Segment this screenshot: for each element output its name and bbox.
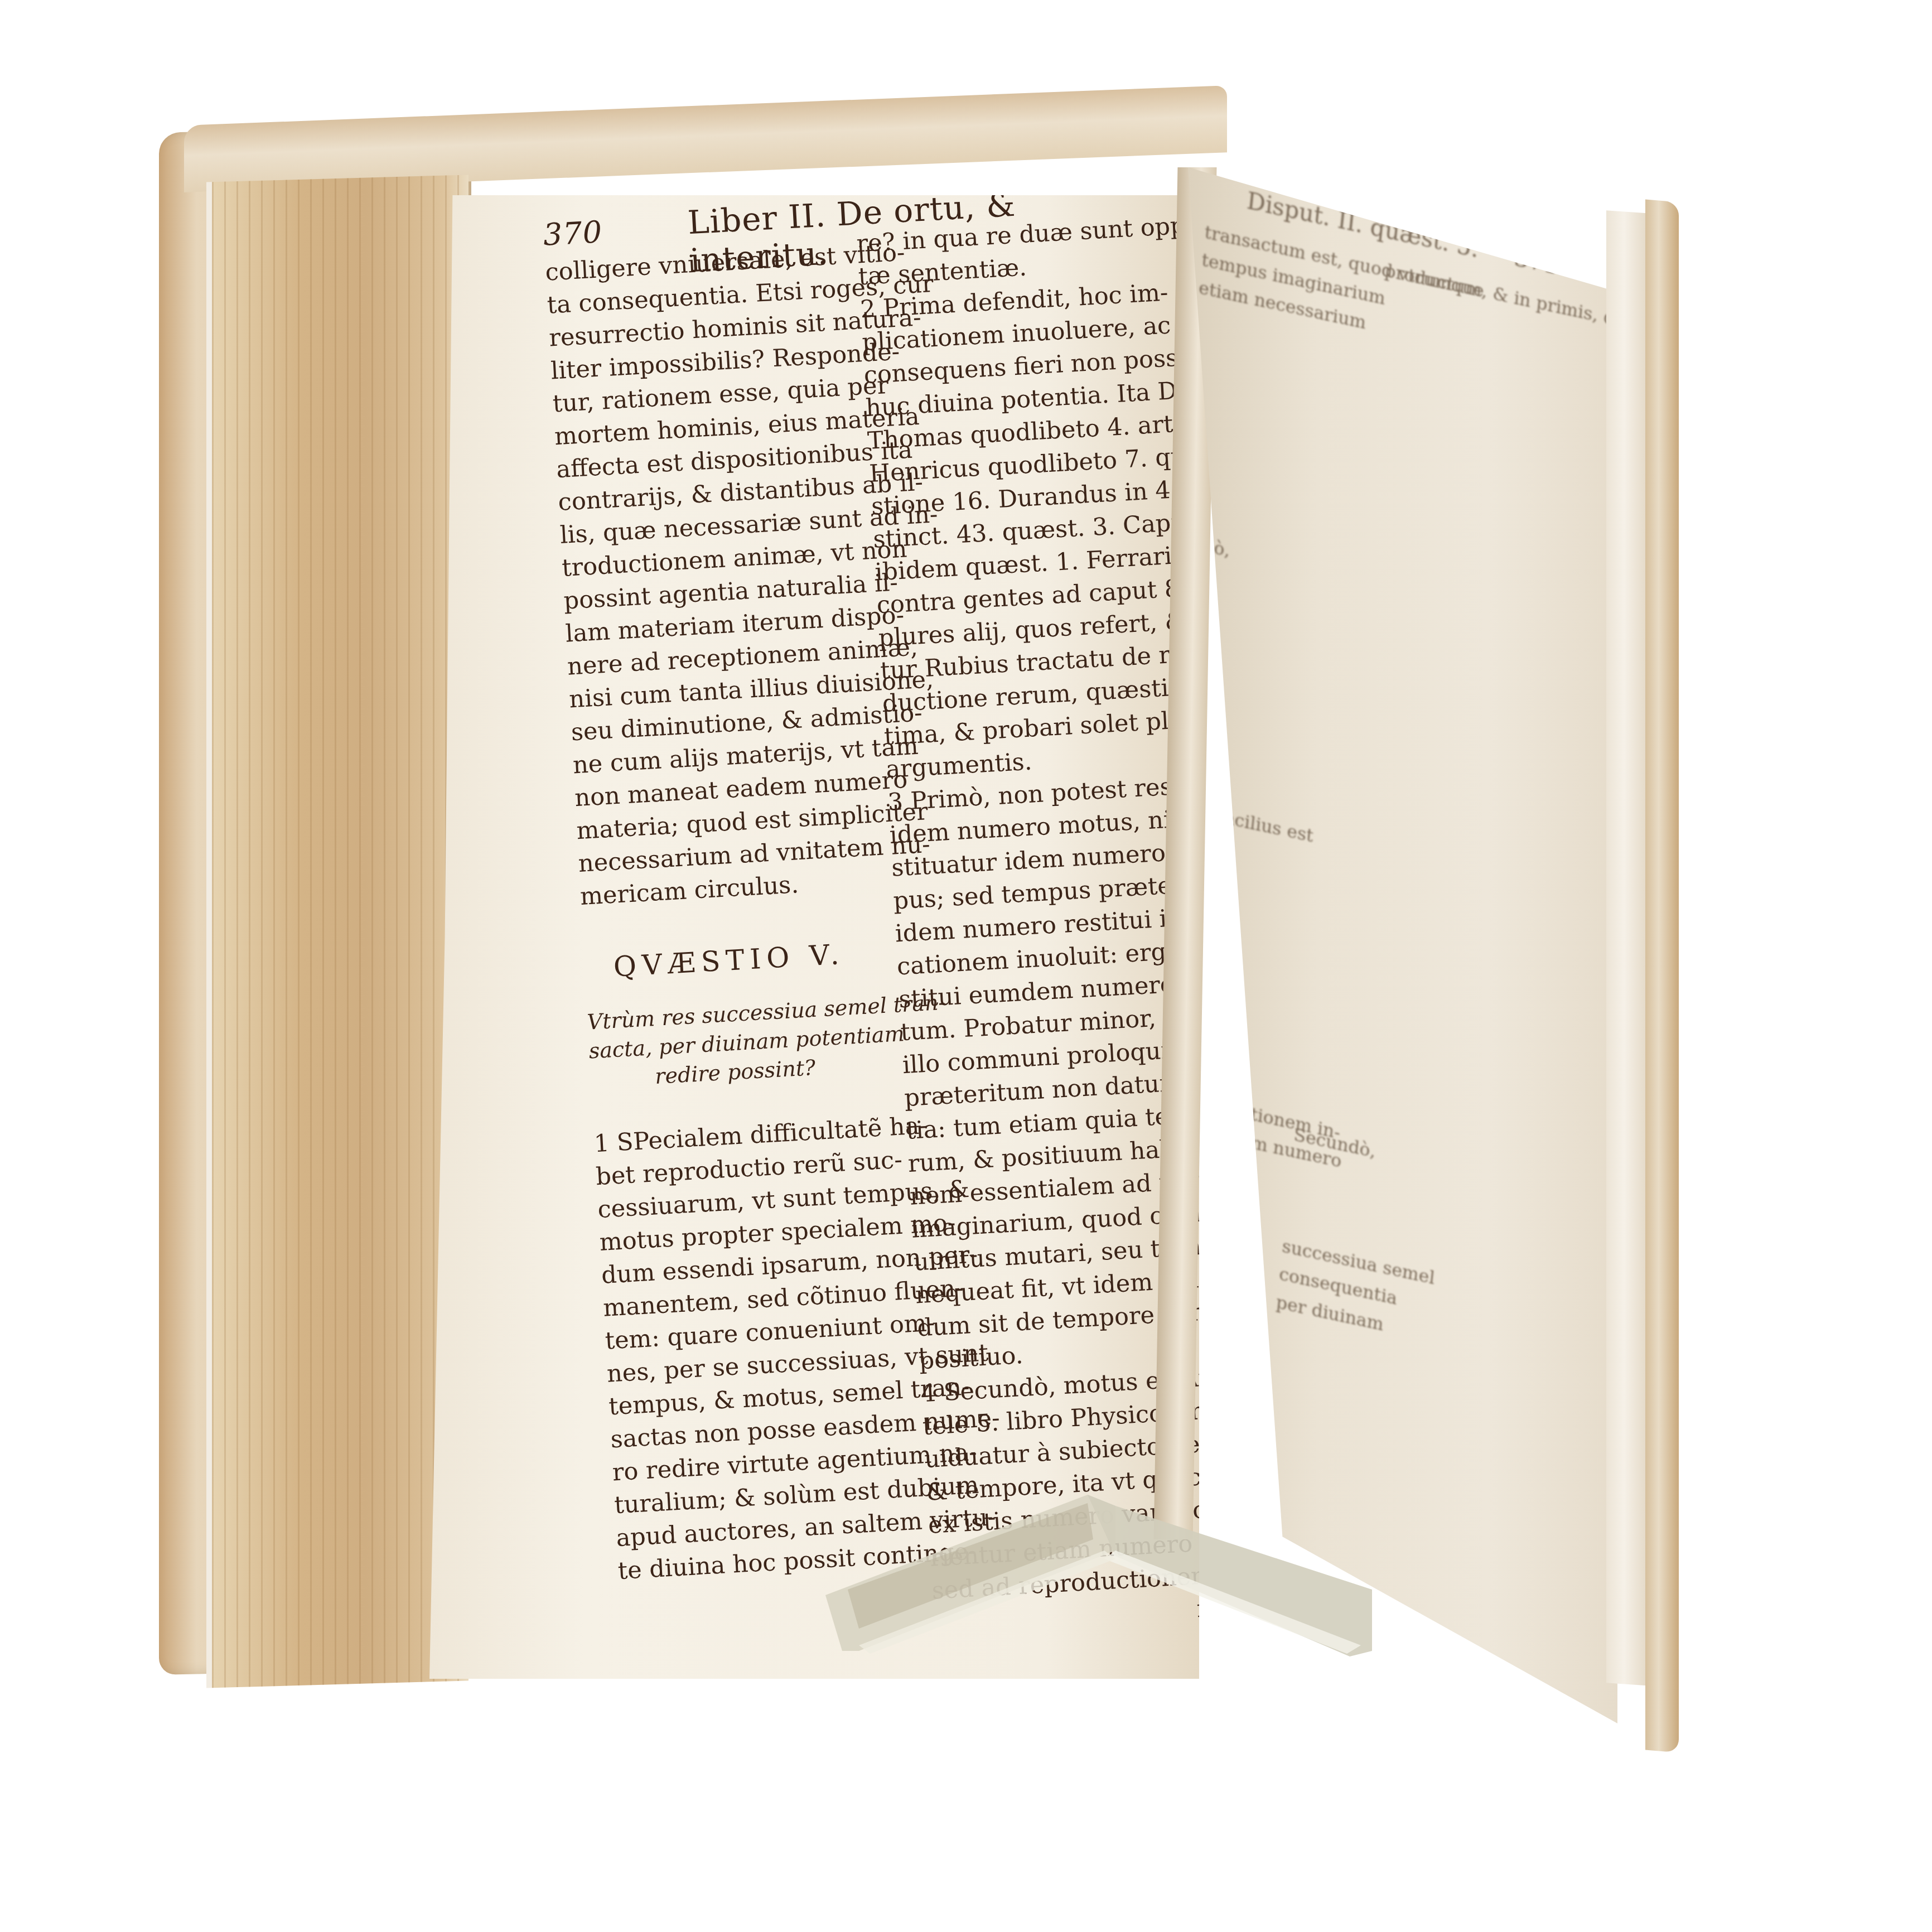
stand-shape-icon [825,1484,1484,1673]
left-page-column-a: colligere vniuersale, est vitio- ta cons… [544,240,909,1588]
acrylic-book-stand [825,1484,1484,1673]
left-page: 370 Liber II. De ortu, & interitu. colli… [429,195,1199,1679]
vellum-cover-right [1645,199,1679,1752]
book-top-edge [184,85,1227,192]
book-photo-scene: 370 Liber II. De ortu, & interitu. colli… [0,0,1932,1932]
page-fore-edge [206,175,468,1688]
question-heading: QVÆSTIO V. [583,936,875,986]
right-page-number: 371 [1513,243,1560,280]
right-page-stack [1606,210,1651,1686]
left-page-number: 370 [542,214,603,253]
